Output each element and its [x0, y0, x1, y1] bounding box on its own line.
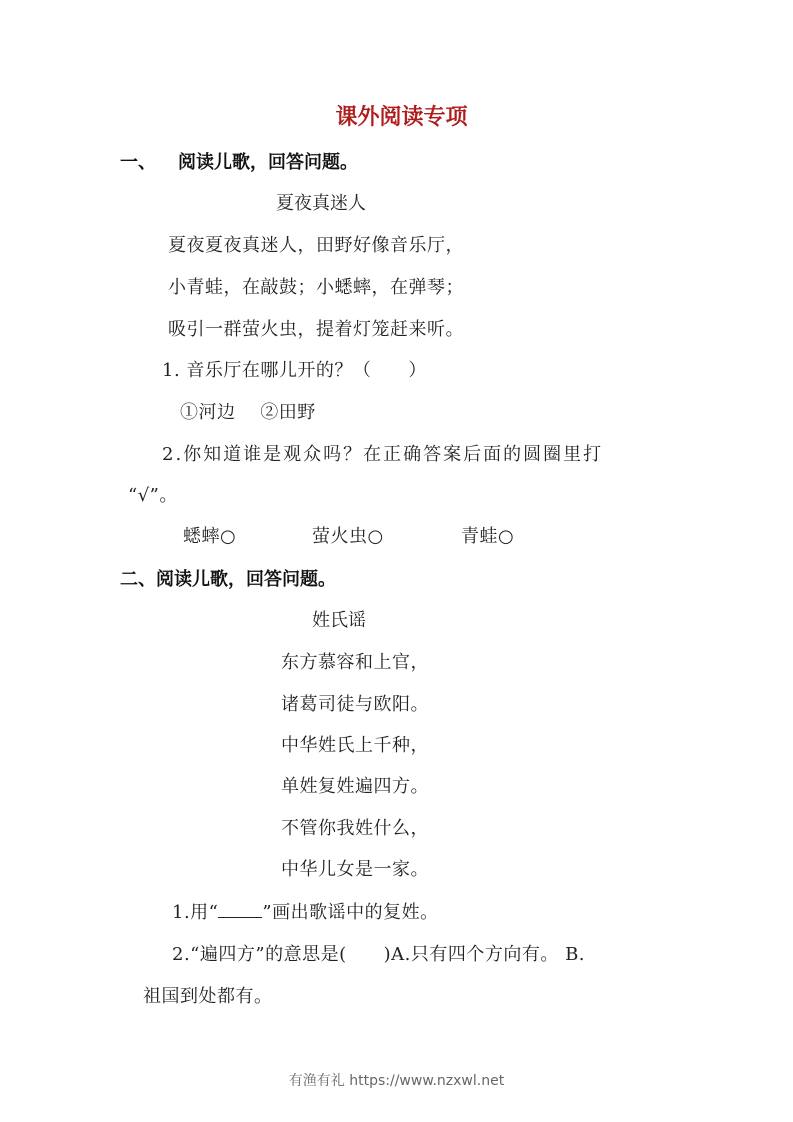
poem2-line: 诸葛司徒与欧阳。	[281, 690, 429, 716]
s1-question-1: 1. 音乐厅在哪儿开的？（ ）	[162, 356, 427, 382]
choice-cricket[interactable]: 蟋蟀○	[183, 522, 236, 548]
section1-number: 一、	[120, 152, 156, 173]
underline-blank	[218, 901, 262, 918]
footer-watermark: 有渔有礼 https://www.nzxwl.net	[0, 1070, 793, 1090]
section2-heading: 二、阅读儿歌，回答问题。	[120, 565, 336, 591]
poem1-title: 夏夜真迷人	[276, 189, 366, 215]
poem2-line: 单姓复姓遍四方。	[281, 772, 429, 798]
s2-question-1: 1.用“”画出歌谣中的复姓。	[172, 898, 439, 924]
s1-question-2-line1: 2.你知道谁是观众吗？在正确答案后面的圆圈里打	[162, 440, 603, 466]
s1-question-1-options: ①河边 ②田野	[180, 398, 316, 424]
poem1-line: 夏夜夏夜真迷人，田野好像音乐厅，	[168, 231, 464, 257]
choice-frog[interactable]: 青蛙○	[461, 522, 514, 548]
choice-firefly[interactable]: 萤火虫○	[312, 522, 384, 548]
s2-question-2-line2: 祖国到处都有。	[143, 982, 273, 1008]
poem1-line: 吸引一群萤火虫，提着灯笼赶来听。	[168, 315, 464, 341]
poem2-title: 姓氏谣	[312, 606, 366, 632]
poem1-line: 小青蛙，在敲鼓；小蟋蟀，在弹琴；	[168, 273, 464, 299]
poem2-line: 不管你我姓什么，	[281, 814, 429, 840]
document-title: 课外阅读专项	[0, 100, 793, 131]
section1-heading-text: 阅读儿歌，回答问题。	[178, 152, 358, 173]
section1-heading: 一、阅读儿歌，回答问题。	[120, 148, 358, 174]
s2-q1-prefix: 1.用“	[172, 902, 218, 923]
poem2-line: 东方慕容和上官，	[281, 648, 429, 674]
s1-question-2-line2: “√”。	[128, 481, 178, 507]
s2-question-2-line1: 2.“遍四方”的意思是( )A.只有四个方向有。 B.	[172, 940, 585, 966]
poem2-line: 中华姓氏上千种，	[281, 731, 429, 757]
s2-q1-suffix: ”画出歌谣中的复姓。	[262, 902, 438, 923]
poem2-line: 中华儿女是一家。	[281, 855, 429, 881]
